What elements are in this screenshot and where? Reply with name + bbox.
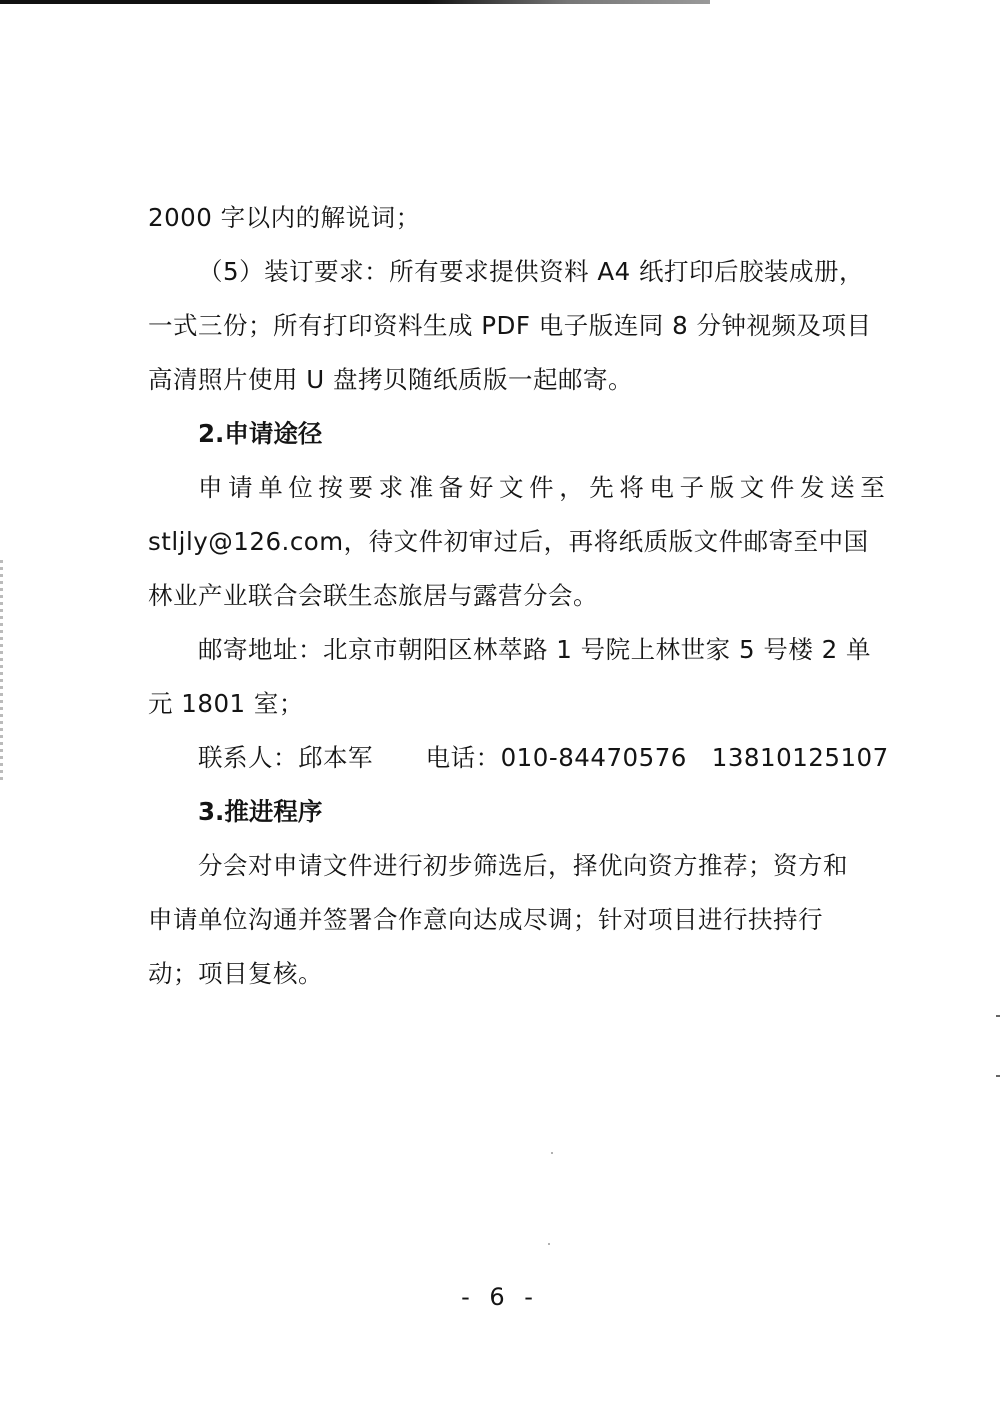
- body-line: stljly@126.com，待文件初审过后，再将纸质版文件邮寄至中国: [148, 527, 869, 557]
- body-line: 高清照片使用 U 盘拷贝随纸质版一起邮寄。: [148, 365, 633, 395]
- body-line: 林业产业联合会联生态旅居与露营分会。: [148, 581, 598, 611]
- contact-line: 联系人：邱本军 电话：010-84470576 13810125107: [198, 743, 889, 773]
- body-line: 2000 字以内的解说词；: [148, 203, 421, 233]
- scan-speck: [548, 1243, 550, 1245]
- section-heading: 2.申请途径: [198, 419, 322, 449]
- body-line: 一式三份；所有打印资料生成 PDF 电子版连同 8 分钟视频及项目: [148, 311, 871, 341]
- address-line: 元 1801 室；: [148, 689, 304, 719]
- body-line: （5）装订要求：所有要求提供资料 A4 纸打印后胶装成册，: [198, 257, 864, 287]
- body-line: 申请单位沟通并签署合作意向达成尽调；针对项目进行扶持行: [148, 905, 823, 935]
- section-heading: 3.推进程序: [198, 797, 322, 827]
- scan-speck: [551, 1152, 553, 1154]
- page-number: - 6 -: [0, 1283, 1000, 1311]
- scan-left-edge: [0, 560, 3, 780]
- scan-top-edge: [0, 0, 710, 4]
- body-line: 申请单位按要求准备好文件，先将电子版文件发送至: [198, 473, 890, 503]
- scan-mark: [996, 1075, 1000, 1077]
- contact-person: 联系人：邱本军: [198, 743, 373, 772]
- body-line: 分会对申请文件进行初步筛选后，择优向资方推荐；资方和: [198, 851, 848, 881]
- address-line: 邮寄地址：北京市朝阳区林萃路 1 号院上林世家 5 号楼 2 单: [198, 635, 871, 665]
- body-line: 动；项目复核。: [148, 959, 323, 989]
- scan-mark: [996, 1015, 1000, 1017]
- contact-phone: 电话：010-84470576 13810125107: [426, 743, 889, 772]
